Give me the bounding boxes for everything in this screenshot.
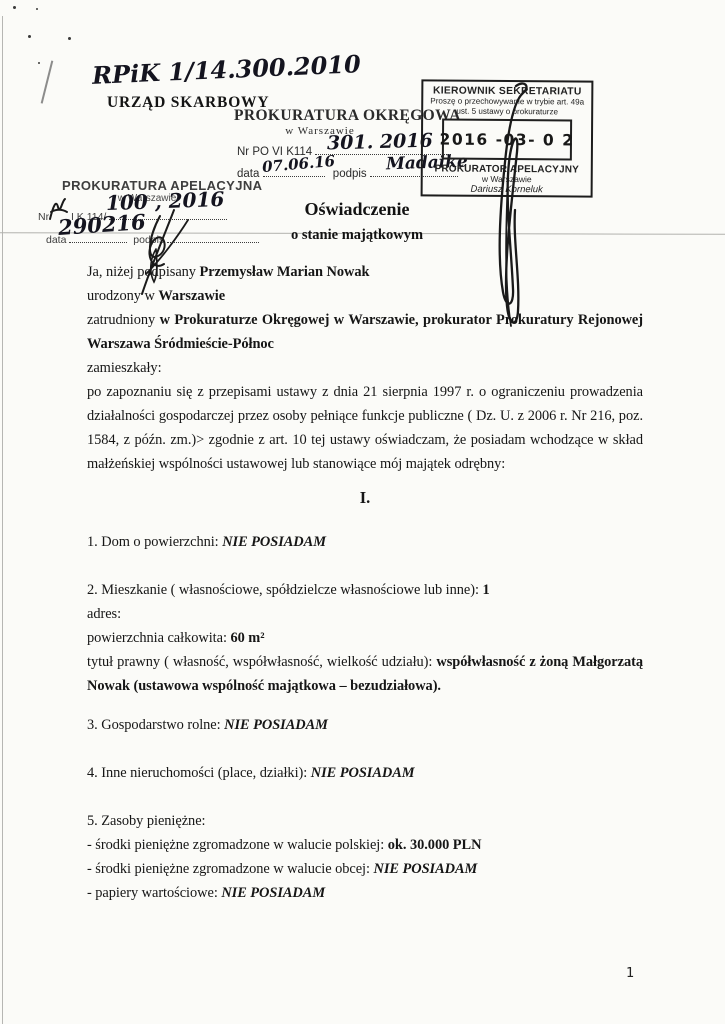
birth-place: Warszawie	[158, 288, 225, 304]
scan-edge-line	[2, 16, 3, 1024]
item-5c-value: NIE POSIADAM	[221, 885, 325, 901]
item-2-address: adres:	[87, 602, 643, 626]
intro-line-name: Ja, niżej podpisany Przemysław Marian No…	[87, 260, 643, 284]
item-5b-foreign: - środki pieniężne zgromadzone w walucie…	[87, 857, 643, 881]
scan-speck	[28, 35, 31, 38]
area-label: powierzchnia całkowita:	[87, 630, 230, 646]
page-number: 1	[620, 965, 640, 981]
intro-line-born: urodzony w Warszawie	[87, 284, 643, 308]
scan-speck	[38, 62, 40, 64]
intro-paragraph: po zapoznaniu się z przepisami ustawy z …	[87, 380, 643, 476]
address-label: adres:	[87, 606, 121, 622]
intro-line-born-pre: urodzony w	[87, 288, 158, 304]
employment-details: w Prokuraturze Okręgowej w Warszawie, pr…	[87, 312, 643, 352]
declarant-name: Przemysław Marian Nowak	[200, 264, 370, 280]
item-2-legal-title: tytuł prawny ( własność, współwłasność, …	[87, 650, 643, 698]
intro-line-employment: zatrudniony w Prokuraturze Okręgowej w W…	[87, 308, 643, 356]
legal-title-label: tytuł prawny ( własność, współwłasność, …	[87, 654, 436, 670]
item-3-farm: 3. Gospodarstwo rolne: NIE POSIADAM	[87, 713, 643, 737]
item-2-area: powierzchnia całkowita: 60 m²	[87, 626, 643, 650]
intro-line-employment-pre: zatrudniony	[87, 312, 160, 328]
item-4-value: NIE POSIADAM	[311, 765, 415, 781]
item-4-label: 4. Inne nieruchomości (place, działki):	[87, 765, 311, 781]
scan-speck	[36, 8, 38, 10]
residence-label: zamieszkały:	[87, 360, 162, 376]
item-1-label: 1. Dom o powierzchni:	[87, 534, 222, 550]
item-2-apartment: 2. Mieszkanie ( własnościowe, spółdzielc…	[87, 578, 643, 602]
stamp-okregowa-podpis-label: podpis	[333, 168, 367, 180]
stamp-okregowa-nr-handwritten: 301. 2016	[327, 130, 433, 155]
item-1-value: NIE POSIADAM	[222, 534, 326, 550]
item-2-label: 2. Mieszkanie ( własnościowe, spółdzielc…	[87, 582, 482, 598]
handwritten-ref-number: RPiK 1/14.300.2010	[91, 49, 361, 90]
item-5-label: 5. Zasoby pieniężne:	[87, 813, 205, 829]
item-4-other-property: 4. Inne nieruchomości (place, działki): …	[87, 761, 643, 785]
scan-speck	[68, 37, 71, 40]
item-5-money: 5. Zasoby pieniężne:	[87, 809, 643, 833]
item-5c-securities: - papiery wartościowe: NIE POSIADAM	[87, 881, 643, 905]
scan-speck	[13, 6, 16, 9]
intro-line-name-pre: Ja, niżej podpisany	[87, 264, 200, 280]
item-2-value: 1	[482, 582, 489, 598]
section-heading: I.	[87, 486, 643, 510]
item-1-house: 1. Dom o powierzchni: NIE POSIADAM	[87, 530, 643, 554]
item-5a-pln: - środki pieniężne zgromadzone w walucie…	[87, 833, 643, 857]
intro-line-residence: zamieszkały:	[87, 356, 643, 380]
item-3-label: 3. Gospodarstwo rolne:	[87, 717, 224, 733]
stamp-apelacyjna-nr-scribble	[46, 195, 72, 225]
item-5b-label: - środki pieniężne zgromadzone w walucie…	[87, 861, 374, 877]
item-3-value: NIE POSIADAM	[224, 717, 328, 733]
item-5c-label: - papiery wartościowe:	[87, 885, 221, 901]
document-subtitle: o stanie majątkowym	[87, 227, 627, 244]
area-value: 60 m²	[230, 630, 264, 646]
item-5a-label: - środki pieniężne zgromadzone w walucie…	[87, 837, 388, 853]
scan-scratch	[41, 60, 53, 103]
item-5a-value: ok. 30.000 PLN	[388, 837, 482, 853]
document-title: Oświadczenie	[87, 199, 627, 220]
item-5b-value: NIE POSIADAM	[374, 861, 478, 877]
